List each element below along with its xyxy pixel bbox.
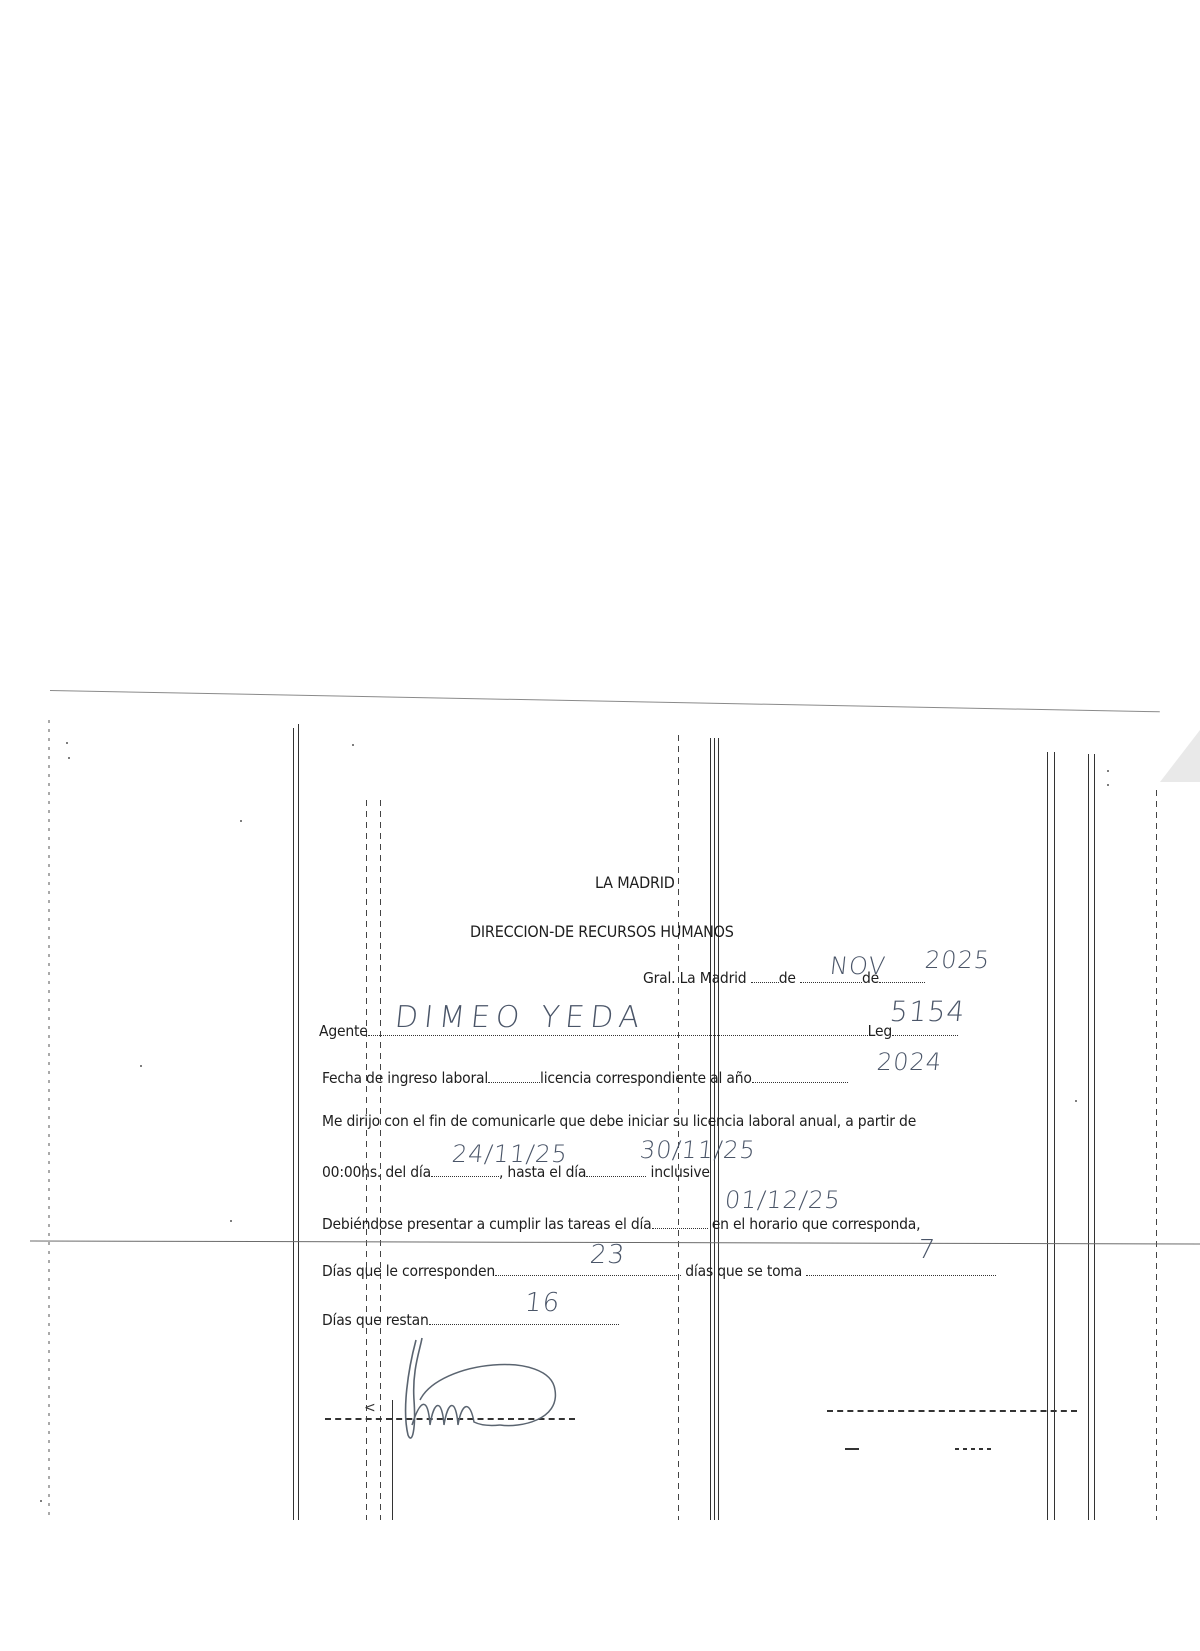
speck	[66, 742, 68, 744]
table-rule	[1088, 754, 1089, 1520]
handwritten-from-date: 24/11/25	[451, 1140, 570, 1168]
table-rule	[293, 728, 294, 1520]
days-line: Días que le corresponden días que se tom…	[322, 1262, 996, 1280]
table-rule	[298, 724, 299, 1520]
handwritten-month: NOV	[829, 952, 888, 980]
speck	[1107, 784, 1109, 786]
inclusive-label: inclusive	[651, 1163, 710, 1181]
handwritten-year: 2025	[924, 946, 992, 974]
toma-label: días que se toma	[685, 1262, 802, 1280]
corresponden-label: Días que le corresponden	[322, 1262, 495, 1280]
return-line: Debiéndose presentar a cumplir las tarea…	[322, 1215, 920, 1233]
table-rule	[1047, 752, 1048, 1520]
table-rule-dashed	[1156, 790, 1157, 1520]
handwritten-agent-name: DIMEO YEDA	[393, 1000, 647, 1035]
handwritten-licencia-year: 2024	[876, 1048, 944, 1076]
handwritten-days-toma: 7	[916, 1235, 937, 1265]
handwritten-signature: <	[350, 1330, 590, 1450]
table-rule	[1094, 754, 1095, 1520]
artifact-dash	[955, 1448, 995, 1450]
margin-artifact	[48, 720, 50, 1520]
handwritten-to-date: 30/11/25	[639, 1136, 758, 1164]
licencia-label: licencia correspondiente al año	[540, 1069, 752, 1087]
speck	[240, 820, 242, 822]
place-label: Gral. La Madrid	[643, 969, 746, 987]
signature-line-right	[827, 1410, 1077, 1412]
speck	[230, 1220, 232, 1222]
agent-label: Agente	[319, 1022, 368, 1040]
speck	[1107, 770, 1109, 772]
restan-line: Días que restan	[322, 1311, 619, 1329]
handwritten-days-restan: 16	[523, 1288, 561, 1318]
speck	[352, 744, 354, 746]
restan-label: Días que restan	[322, 1311, 429, 1329]
return-label: Debiéndose presentar a cumplir las tarea…	[322, 1215, 652, 1233]
fecha-ingreso-label: Fecha de ingreso laboral	[322, 1069, 488, 1087]
speck	[1075, 1100, 1077, 1102]
artifact-dash	[845, 1448, 859, 1450]
return-suffix: en el horario que corresponda,	[712, 1215, 921, 1233]
from-label: 00:00hs. del día	[322, 1163, 431, 1181]
handwritten-days-corresponden: 23	[588, 1240, 626, 1270]
folded-corner	[1160, 730, 1200, 782]
speck	[68, 757, 70, 759]
handwritten-return-date: 01/12/25	[724, 1186, 843, 1214]
body-sentence: Me dirijo con el fin de comunicarle que …	[322, 1112, 916, 1130]
table-rule	[1054, 752, 1055, 1520]
speck	[140, 1065, 142, 1067]
scanned-document: LA MADRID DIRECCION-DE RECURSOS HUMANOS …	[0, 0, 1200, 1651]
svg-text:<: <	[364, 1400, 376, 1416]
handwritten-leg-number: 5154	[888, 995, 967, 1028]
municipality-heading: LA MADRID	[595, 873, 675, 892]
de-label: de	[779, 969, 796, 987]
sheet-top-edge	[50, 690, 1160, 712]
speck	[40, 1500, 42, 1502]
ingreso-line: Fecha de ingreso laborallicencia corresp…	[322, 1069, 848, 1087]
department-heading: DIRECCION-DE RECURSOS HUMANOS	[470, 922, 734, 941]
